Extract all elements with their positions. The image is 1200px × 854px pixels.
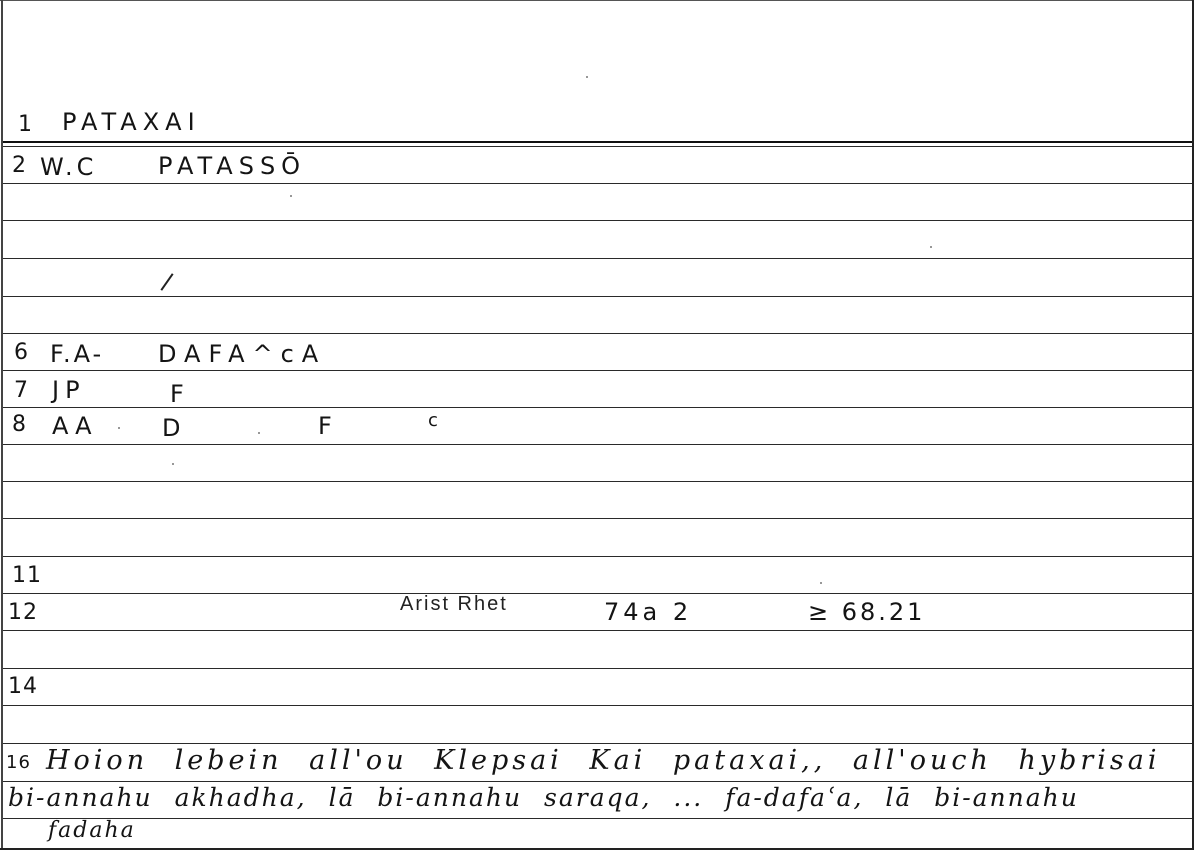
rule-line [3, 705, 1192, 706]
line-number: 12 [8, 600, 38, 625]
slash-mark [160, 273, 173, 291]
rule-line [3, 220, 1192, 221]
card-border-right [1192, 0, 1194, 850]
entry-form: PATASSŌ [158, 152, 306, 180]
line-number: 6 [14, 340, 29, 365]
rule-line [3, 146, 1192, 147]
source-siglum: W.C [40, 153, 97, 181]
citation-line-3: fadaha [48, 818, 136, 843]
rule-line [3, 668, 1192, 669]
entry-form-3: c [428, 410, 441, 431]
line-number: 16 [6, 752, 31, 773]
card-border-top [0, 0, 1194, 1]
rule-line [3, 481, 1192, 482]
entry-form: DAFA^cA [158, 340, 326, 368]
rule-line [3, 518, 1192, 519]
rule-line [3, 370, 1192, 371]
card-border-left [1, 0, 3, 850]
rule-line [3, 444, 1192, 445]
rule-line [3, 183, 1192, 184]
reference-work: Arist Rhet [400, 593, 508, 616]
speck [118, 427, 120, 429]
rule-line [3, 556, 1192, 557]
source-siglum: JP [52, 376, 86, 404]
source-siglum: AA [52, 412, 98, 440]
source-siglum: F.A- [50, 340, 104, 368]
speck [258, 432, 260, 434]
card-border-bottom [0, 848, 1194, 850]
line-number: 7 [14, 378, 29, 403]
line-number: 1 [18, 112, 33, 137]
rule-line [3, 333, 1192, 334]
rule-line [3, 818, 1192, 819]
rule-line [3, 296, 1192, 297]
citation-line-1: Hoion lebein all'ou Klepsai Kai pataxai,… [46, 745, 1161, 776]
line-number: 11 [12, 563, 42, 588]
entry-form-2: F [318, 412, 338, 440]
index-card: 1 PATAXAI 2 W.C PATASSŌ 6 F.A- DAFA^cA 7… [0, 0, 1200, 854]
rule-line [3, 141, 1192, 143]
rule-line [3, 630, 1192, 631]
line-number: 14 [8, 674, 38, 699]
entry-form: D [162, 414, 186, 442]
line-number: 2 [12, 153, 27, 178]
citation-line-2: bi-annahu akhadha, lā bi-annahu saraqa, … [8, 783, 1079, 812]
speck [930, 246, 932, 248]
rule-line [3, 743, 1192, 744]
speck [820, 582, 822, 584]
reference-page: ≥ 68.21 [808, 598, 925, 626]
entry-form: F [170, 380, 190, 408]
headword: PATAXAI [62, 108, 201, 136]
speck [586, 76, 588, 78]
reference-location: 74a 2 [604, 598, 692, 626]
rule-line [3, 593, 1192, 594]
speck [290, 195, 292, 197]
speck [172, 463, 174, 465]
rule-line [3, 258, 1192, 259]
line-number: 8 [12, 412, 27, 437]
rule-line [3, 781, 1192, 782]
